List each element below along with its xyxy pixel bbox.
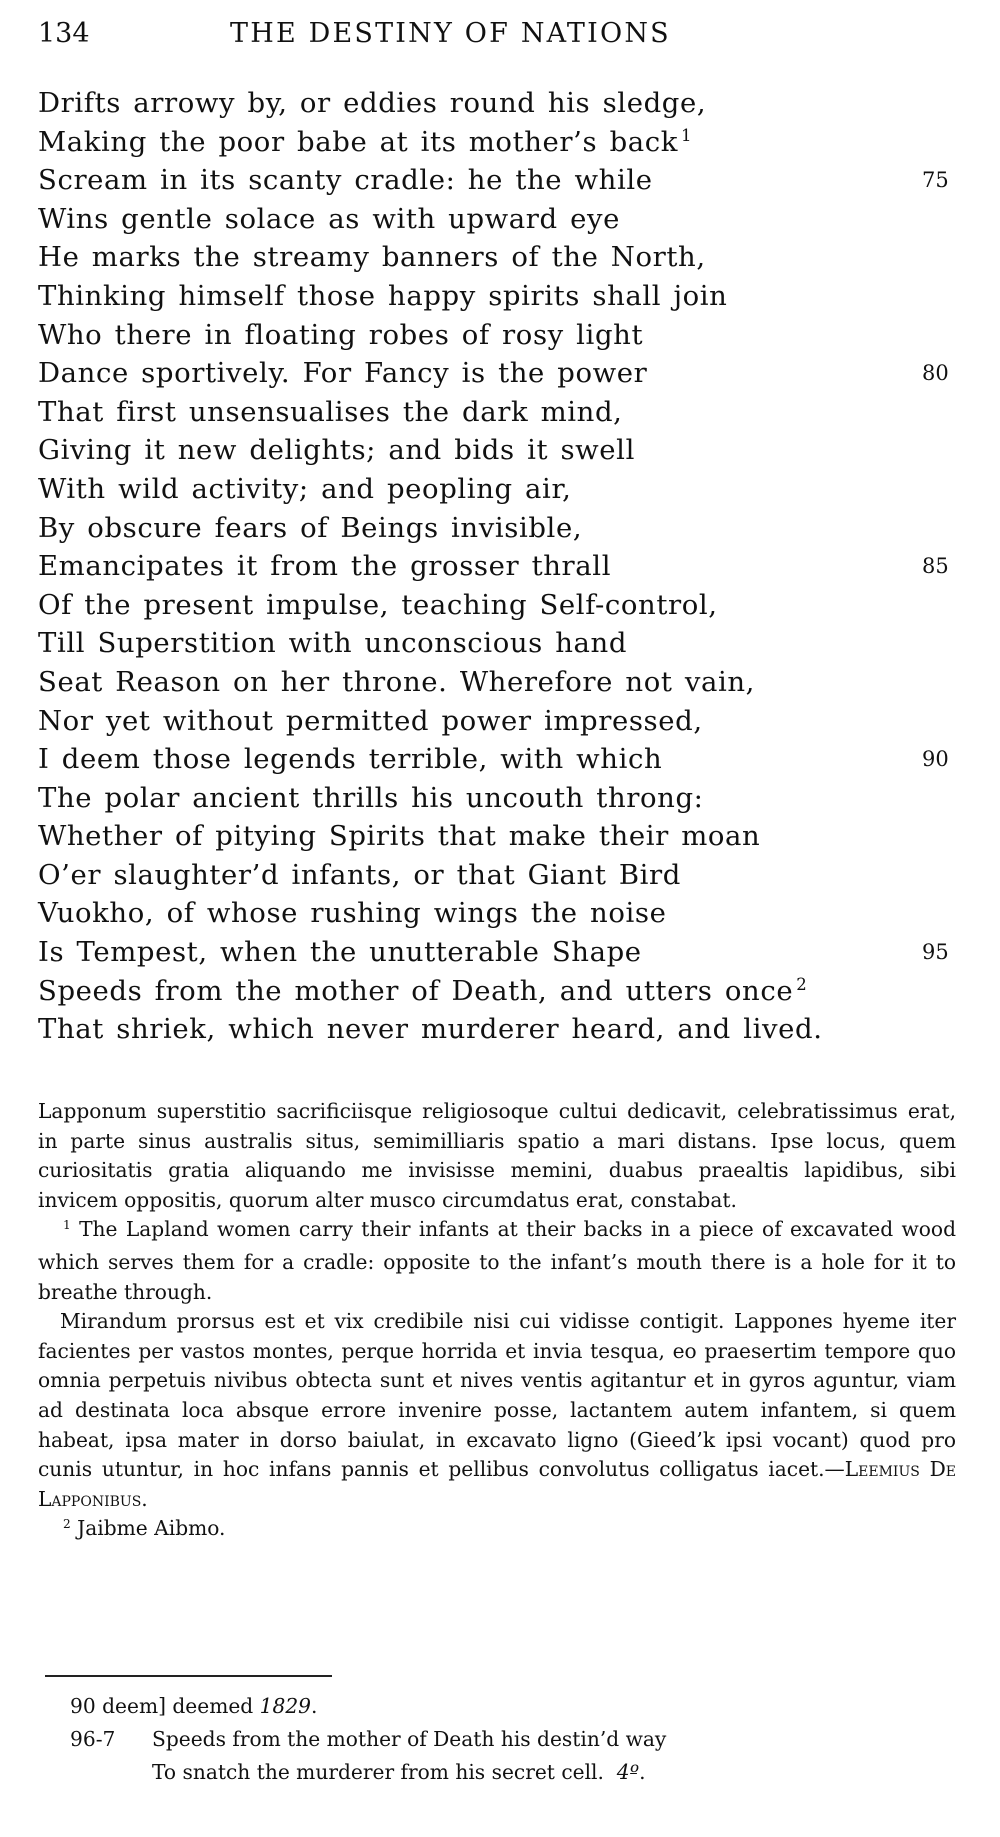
note-lemma: deem] deemed [102, 1694, 253, 1718]
verse-line: That first unsensualises the dark mind, [38, 393, 962, 432]
verse-text: By obscure fears of Beings invisible, [38, 512, 582, 544]
verse-line: Seat Reason on her throne. Wherefore not… [38, 663, 962, 702]
footnotes: Lapponum superstitio sacrificiisque reli… [38, 1097, 956, 1547]
verse-line: Wins gentle solace as with upward eye [38, 200, 962, 239]
footnote-divider [45, 1675, 332, 1677]
verse-text: He marks the streamy banners of the Nort… [38, 241, 706, 273]
footnote-2-text: Jaibme Aibmo. [77, 1516, 225, 1540]
footnote-1-latin-text: Mirandum prorsus est et vix credibile ni… [38, 1309, 956, 1481]
verse-line: With wild activity; and peopling air, [38, 470, 962, 509]
textual-note: 90 deem] deemed 1829. [70, 1690, 950, 1723]
verse-line: The polar ancient thrills his uncouth th… [38, 779, 962, 818]
note-trail: . [311, 1694, 317, 1718]
verse-text: Of the present impulse, teaching Self-co… [38, 589, 718, 621]
line-number: 85 [922, 547, 949, 586]
verse-line: Scream in its scanty cradle: he the whil… [38, 161, 962, 200]
line-number: 90 [922, 740, 949, 779]
verse-line: Giving it new delights; and bids it swel… [38, 431, 962, 470]
verse-line: Vuokho, of whose rushing wings the noise [38, 894, 962, 933]
verse-text: I deem those legends terrible, with whic… [38, 743, 662, 775]
verse-line: Thinking himself those happy spirits sha… [38, 277, 962, 316]
footnote-1-marker: 1 [63, 1218, 71, 1232]
running-header: 134 THE DESTINY OF NATIONS [38, 18, 962, 54]
verse-line: Nor yet without permitted power impresse… [38, 702, 962, 741]
verse-text: Scream in its scanty cradle: he the whil… [38, 164, 653, 196]
line-number: 75 [922, 161, 949, 200]
footnote-1: 1 The Lapland women carry their infants … [38, 1215, 956, 1307]
verse-text: Thinking himself those happy spirits sha… [38, 280, 728, 312]
verse-text: That shriek, which never murderer heard,… [38, 1013, 823, 1045]
verse-line: He marks the streamy banners of the Nort… [38, 238, 962, 277]
verse-text: Drifts arrowy by, or eddies round his sl… [38, 87, 706, 119]
verse-line: Is Tempest, when the unutterable Shape95 [38, 933, 962, 972]
verse-text: The polar ancient thrills his uncouth th… [38, 782, 704, 814]
note-source: 1829 [260, 1694, 311, 1718]
textual-notes: 90 deem] deemed 1829. 96-7Speeds from th… [70, 1690, 950, 1789]
note-trail: . [639, 1760, 645, 1784]
verse-line: Emancipates it from the grosser thrall85 [38, 547, 962, 586]
verse-text: Emancipates it from the grosser thrall [38, 550, 611, 582]
verse-text: Whether of pitying Spirits that make the… [38, 820, 760, 852]
verse-text: Nor yet without permitted power impresse… [38, 705, 703, 737]
verse-text: Till Superstition with unconscious hand [38, 627, 627, 659]
verse-text: That first unsensualises the dark mind, [38, 396, 623, 428]
note-ref: 96-7 [70, 1723, 152, 1756]
verse-line: Of the present impulse, teaching Self-co… [38, 586, 962, 625]
footnote-marker: 2 [796, 975, 807, 994]
verse-text: Seat Reason on her throne. Wherefore not… [38, 666, 755, 698]
note-ref: 90 [70, 1694, 96, 1718]
verse-text: With wild activity; and peopling air, [38, 473, 572, 505]
textual-note-continuation: To snatch the murderer from his secret c… [70, 1756, 950, 1789]
line-number: 95 [922, 933, 949, 972]
verse-text: Who there in floating robes of rosy ligh… [38, 319, 643, 351]
poem-verse: Drifts arrowy by, or eddies round his sl… [38, 84, 962, 1049]
verse-line: By obscure fears of Beings invisible, [38, 509, 962, 548]
verse-text: Vuokho, of whose rushing wings the noise [38, 897, 666, 929]
page-number: 134 [38, 18, 90, 49]
note-line-1: Speeds from the mother of Death his dest… [152, 1727, 666, 1751]
verse-line: Till Superstition with unconscious hand [38, 624, 962, 663]
footnote-latin-continuation: Lapponum superstitio sacrificiisque reli… [38, 1097, 956, 1215]
textual-note: 96-7Speeds from the mother of Death his … [70, 1723, 950, 1756]
footnote-2: 2 Jaibme Aibmo. [38, 1514, 956, 1547]
verse-text: Making the poor babe at its mother’s bac… [38, 126, 678, 158]
footnote-1-latin: Mirandum prorsus est et vix credibile ni… [38, 1307, 956, 1514]
verse-text: O’er slaughter’d infants, or that Giant … [38, 859, 681, 891]
verse-line: Making the poor babe at its mother’s bac… [38, 123, 962, 162]
note-line-2: To snatch the murderer from his secret c… [152, 1760, 604, 1784]
note-source: 4º [617, 1760, 639, 1784]
verse-line: I deem those legends terrible, with whic… [38, 740, 962, 779]
footnote-marker: 1 [681, 126, 692, 145]
verse-line: O’er slaughter’d infants, or that Giant … [38, 856, 962, 895]
footnote-2-marker: 2 [63, 1517, 71, 1531]
line-number: 80 [922, 354, 949, 393]
running-title: THE DESTINY OF NATIONS [230, 18, 671, 49]
footnote-1-text: The Lapland women carry their infants at… [38, 1217, 956, 1303]
verse-line: Dance sportively. For Fancy is the power… [38, 354, 962, 393]
verse-text: Is Tempest, when the unutterable Shape [38, 936, 642, 968]
verse-line: Drifts arrowy by, or eddies round his sl… [38, 84, 962, 123]
verse-line: Speeds from the mother of Death, and utt… [38, 972, 962, 1011]
verse-text: Wins gentle solace as with upward eye [38, 203, 620, 235]
verse-text: Giving it new delights; and bids it swel… [38, 434, 635, 466]
verse-text: Speeds from the mother of Death, and utt… [38, 975, 793, 1007]
verse-text: Dance sportively. For Fancy is the power [38, 357, 647, 389]
verse-line: Who there in floating robes of rosy ligh… [38, 316, 962, 355]
verse-line: Whether of pitying Spirits that make the… [38, 817, 962, 856]
verse-line: That shriek, which never murderer heard,… [38, 1010, 962, 1049]
